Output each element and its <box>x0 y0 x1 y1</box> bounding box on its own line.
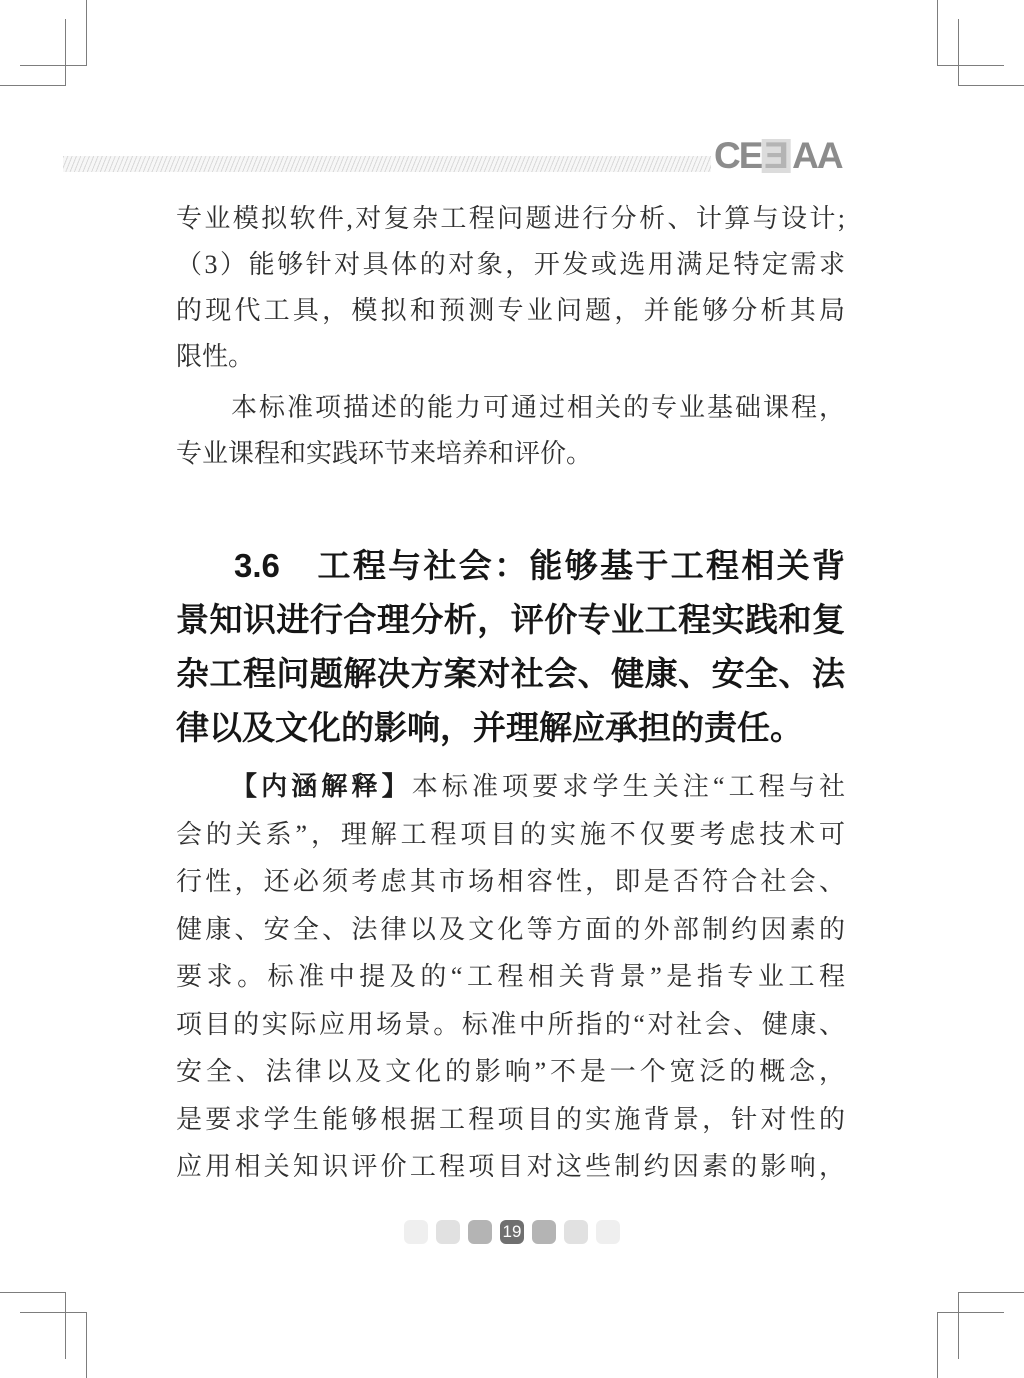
heading-3-6: 3.6 工程与社会：能够基于工程相关背景知识进行合理分析，评价专业工程实践和复杂… <box>176 539 845 755</box>
text-line: 景知识进行合理分析，评价专业工程实践和复 <box>176 593 845 647</box>
logo-suffix: AA <box>792 135 841 176</box>
para-evaluation: 本标准项描述的能力可通过相关的专业基础课程，专业课程和实践环节来培养和评价。 <box>176 385 845 477</box>
crop-mark-bottom-left-inner <box>0 1292 66 1359</box>
text-line: 专业课程和实践环节来培养和评价。 <box>176 431 845 477</box>
page-square <box>532 1220 556 1244</box>
text-line: 3.6 工程与社会：能够基于工程相关背 <box>176 539 845 593</box>
text-line: 专业模拟软件,对复杂工程问题进行分析、计算与设计; <box>176 196 845 242</box>
text-line: 会的关系”，理解工程项目的实施不仅要考虑技术可 <box>176 811 845 859</box>
page-square <box>436 1220 460 1244</box>
book-page: CEEAA 专业模拟软件,对复杂工程问题进行分析、计算与设计;（3）能够针对具体… <box>0 0 1024 1378</box>
para-interpretation: 【内涵解释】本标准项要求学生关注“工程与社会的关系”，理解工程项目的实施不仅要考… <box>176 763 845 1191</box>
header-hatch-rule <box>63 156 711 172</box>
crop-mark-bottom-right-inner <box>958 1292 1024 1359</box>
text-line: 是要求学生能够根据工程项目的实施背景，针对性的 <box>176 1096 845 1144</box>
crop-mark-top-right-inner <box>958 19 1024 86</box>
page-square <box>564 1220 588 1244</box>
text-line: 应用相关知识评价工程项目对这些制约因素的影响， <box>176 1143 845 1191</box>
logo-prefix: CE <box>714 135 761 176</box>
text-line: 项目的实际应用场景。标准中所指的“对社会、健康、 <box>176 1001 845 1049</box>
bold-label: 【内涵解释】 <box>231 771 412 801</box>
page-square <box>596 1220 620 1244</box>
page-square <box>404 1220 428 1244</box>
logo-reversed-e: E <box>762 139 791 173</box>
page-indicator: 19 <box>0 1220 1024 1244</box>
page-square <box>468 1220 492 1244</box>
text-line: 行性，还必须考虑其市场相容性，即是否符合社会、 <box>176 858 845 906</box>
text-line: 本标准项描述的能力可通过相关的专业基础课程， <box>176 385 845 431</box>
text-line: 安全、法律以及文化的影响”不是一个宽泛的概念， <box>176 1048 845 1096</box>
text-line: 健康、安全、法律以及文化等方面的外部制约因素的 <box>176 906 845 954</box>
text-line: 的现代工具，模拟和预测专业问题，并能够分析其局 <box>176 288 845 334</box>
text-line: 要求。标准中提及的“工程相关背景”是指专业工程 <box>176 953 845 1001</box>
para-tools: 专业模拟软件,对复杂工程问题进行分析、计算与设计;（3）能够针对具体的对象，开发… <box>176 196 845 380</box>
text-line: 律以及文化的影响，并理解应承担的责任。 <box>176 701 845 755</box>
ceeaa-logo: CEEAA <box>714 139 842 173</box>
text-line: 【内涵解释】本标准项要求学生关注“工程与社 <box>176 763 845 811</box>
crop-mark-top-left-inner <box>0 19 66 86</box>
text-line: 杂工程问题解决方案对社会、健康、安全、法 <box>176 647 845 701</box>
text-line: （3）能够针对具体的对象，开发或选用满足特定需求 <box>176 242 845 288</box>
current-page-square: 19 <box>500 1220 524 1244</box>
text-line: 限性。 <box>176 334 845 380</box>
